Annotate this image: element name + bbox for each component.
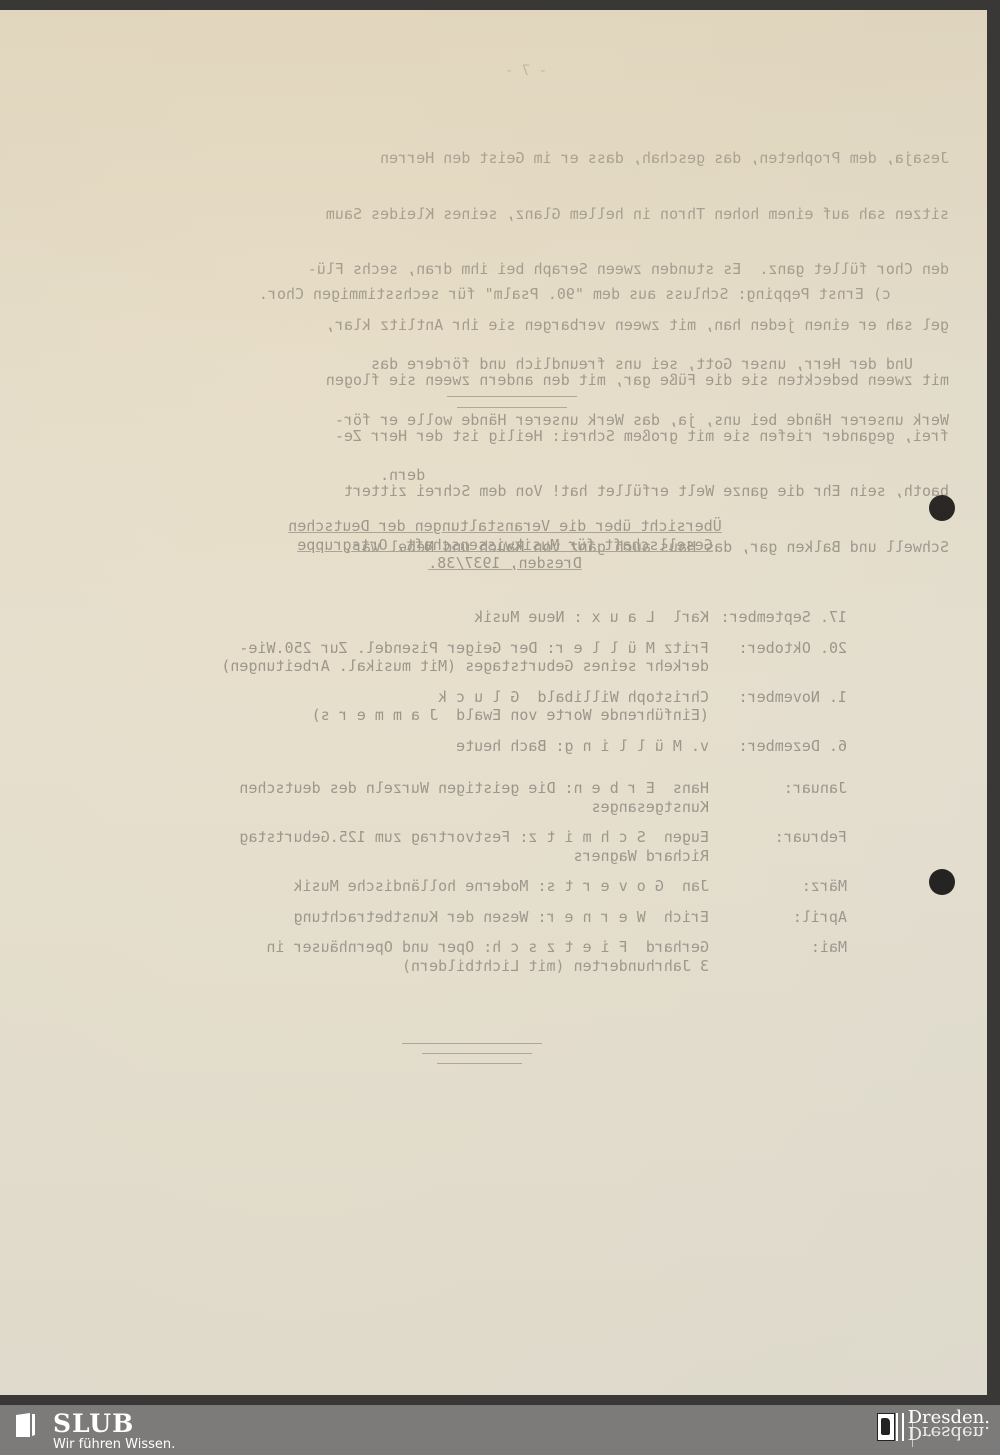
schedule-heading: Übersicht über die Veranstaltungen der D… bbox=[205, 517, 805, 573]
dresden-crest-bars-icon bbox=[896, 1413, 904, 1441]
paragraph-psalm: Und der Herr, unser Gott, sei uns freund… bbox=[335, 318, 949, 522]
schedule-row: Mai: Gerhard F i e t z s c h: Oper und O… bbox=[221, 938, 847, 975]
slub-brand: SLUB bbox=[53, 1409, 134, 1438]
schedule-row: 20. Oktober: Fritz M ü l l e r: Der Geig… bbox=[221, 639, 847, 676]
punch-hole bbox=[929, 495, 955, 521]
schedule-row: 17. September: Karl L a u x : Neue Musik bbox=[221, 608, 847, 627]
slub-book-icon bbox=[14, 1411, 38, 1439]
schedule-row: 6. Dezember: v. M ü l l i n g: Bach heut… bbox=[221, 737, 847, 756]
page-number: - 7 - bbox=[505, 62, 547, 81]
divider-rule bbox=[447, 396, 577, 397]
dresden-logo: Dresden. Dresden. bbox=[908, 1411, 990, 1439]
schedule-list: 17. September: Karl L a u x : Neue Musik… bbox=[221, 608, 847, 987]
punch-hole bbox=[929, 869, 955, 895]
divider-rule bbox=[457, 407, 567, 408]
schedule-row: Februar: Eugen S c h m i t z: Festvortra… bbox=[221, 828, 847, 865]
document-page: - 7 - Jesaja, dem Propheten, das geschah… bbox=[0, 10, 987, 1395]
schedule-row: Januar: Hans E r b e n: Die geistigen Wu… bbox=[221, 779, 847, 816]
schedule-row: März: Jan G o v e r t s: Moderne holländ… bbox=[221, 877, 847, 896]
schedule-row: 1. November: Christoph Willibald G l u c… bbox=[221, 688, 847, 725]
schedule-row: April: Erich W e r n e r: Wesen der Kuns… bbox=[221, 908, 847, 927]
mirrored-show-through-text: - 7 - Jesaja, dem Propheten, das geschah… bbox=[0, 10, 987, 1395]
dresden-crest-icon bbox=[877, 1413, 895, 1441]
item-c-pepping: c) Ernst Pepping: Schluss aus dem "90. P… bbox=[259, 285, 891, 304]
footer-bar: SLUB Wir führen Wissen. Dresden. Dresden… bbox=[0, 1405, 1000, 1455]
divider-rule bbox=[437, 1063, 522, 1064]
slub-tagline: Wir führen Wissen. bbox=[53, 1437, 175, 1452]
divider-rule bbox=[422, 1053, 532, 1054]
divider-rule bbox=[402, 1043, 542, 1044]
